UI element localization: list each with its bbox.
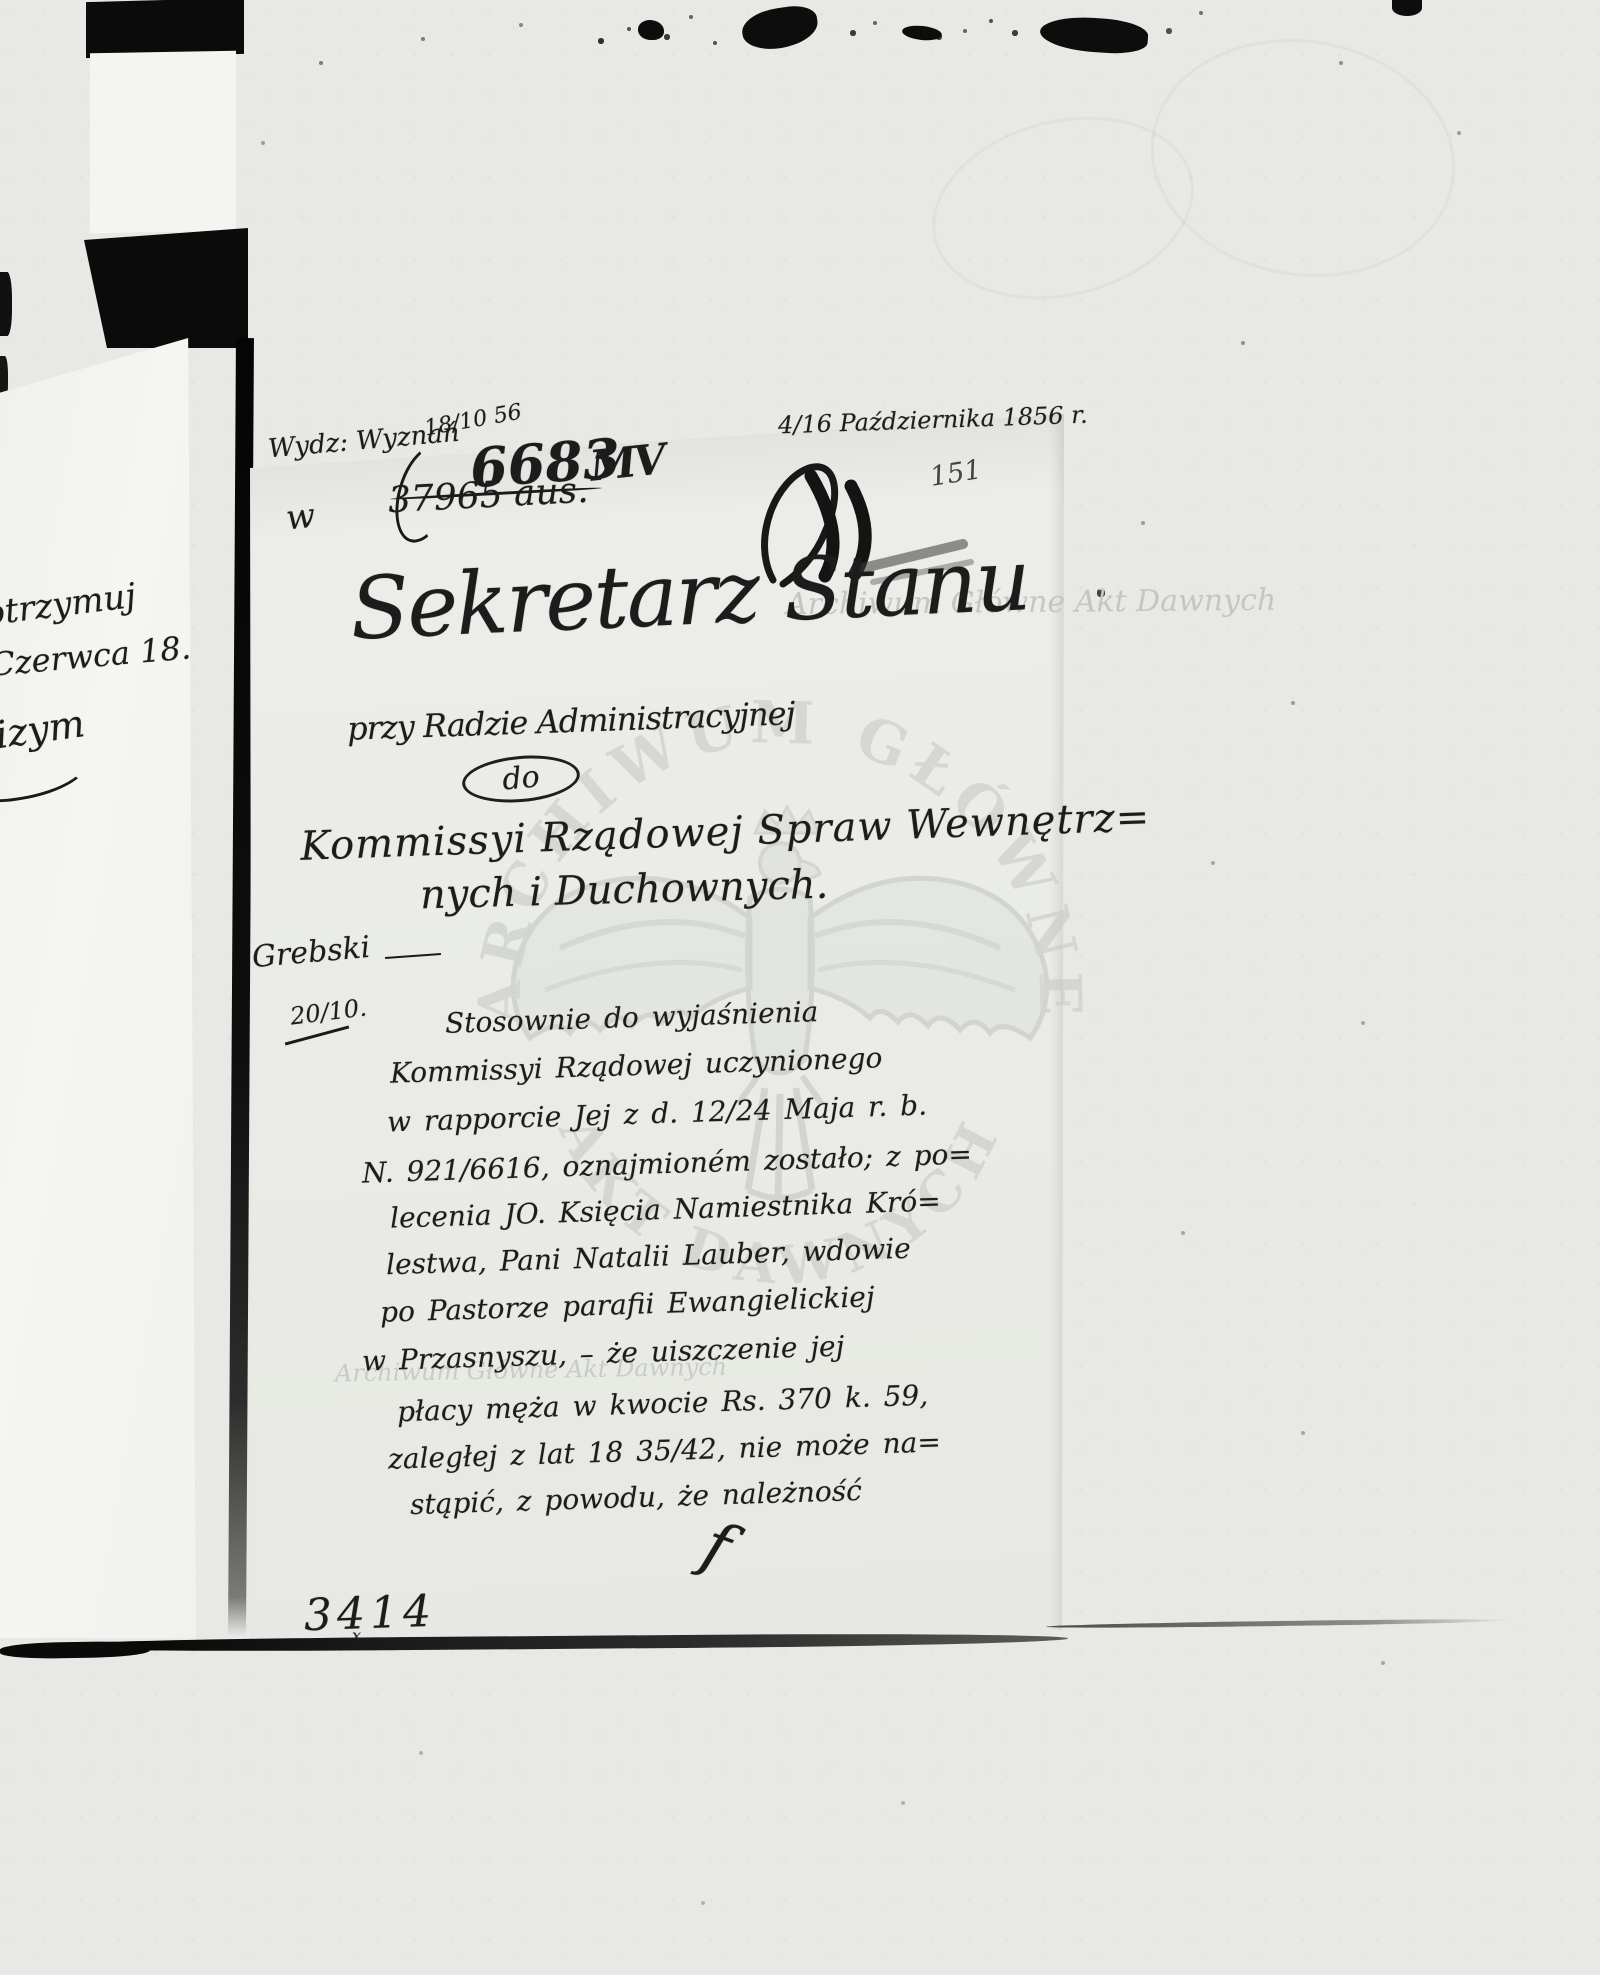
- dust-blob: [1039, 14, 1149, 55]
- page-bottom-edge-thin: [1046, 1618, 1512, 1630]
- archive-number-submark: x: [352, 1628, 361, 1644]
- archive-number: 3414: [303, 1590, 436, 1639]
- dust-blob: [901, 24, 942, 42]
- addressee-line: nych i Duchownych.: [420, 865, 829, 916]
- dust-specks: [0, 0, 2, 2]
- registry-journal-flourish: MV: [588, 438, 665, 487]
- dust-blob: [638, 20, 664, 40]
- dust-blob: [740, 3, 821, 53]
- page-bottom-smear: [0, 1641, 150, 1660]
- adjacent-page: [0, 338, 196, 1638]
- film-edge-mark: [0, 272, 12, 336]
- film-wedge-black: [84, 228, 248, 348]
- dust-blob: [1392, 0, 1422, 16]
- registry-w-mark: w: [284, 499, 317, 536]
- film-swirl: [1133, 18, 1472, 299]
- salutation: do: [501, 762, 541, 795]
- adjacent-page-corner: [90, 51, 236, 234]
- archival-scan: otrzymuj Czerwca 18. Lizym ARCHIWUM GŁÓW…: [0, 0, 1600, 1975]
- registry-aux-number: 37965 aus.: [387, 473, 589, 519]
- film-corner-black: [86, 0, 244, 58]
- page-spine-shadow: [228, 338, 254, 1636]
